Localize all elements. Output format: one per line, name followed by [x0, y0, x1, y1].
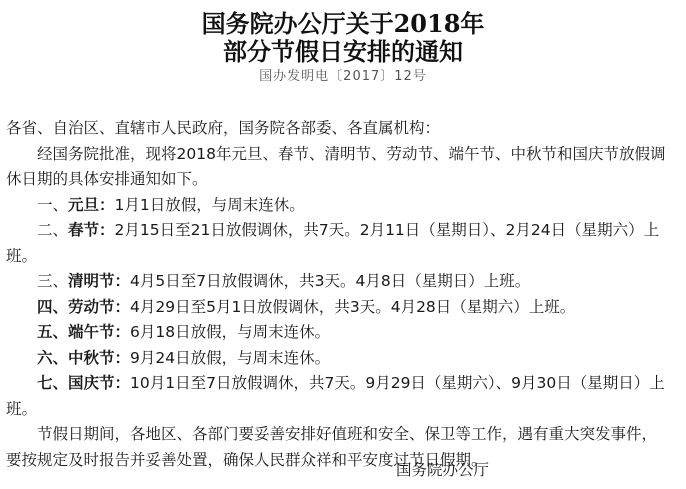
holiday-item-spring-festival: 二、春节：2月15日至21日放假调休，共7天。2月11日（星期日）、2月24日（… — [6, 218, 686, 244]
holiday-detail-continuation: 班。 — [6, 397, 686, 423]
holiday-name: 中秋节： — [68, 349, 130, 367]
holiday-detail: 1月1日放假，与周末连休。 — [115, 196, 305, 214]
salutation: 各省、自治区、直辖市人民政府，国务院各部委、各直属机构： — [6, 116, 686, 142]
holiday-item-dragon-boat: 五、端午节：6月18日放假，与周末连休。 — [6, 320, 686, 346]
holiday-item-new-year: 一、元旦：1月1日放假，与周末连休。 — [6, 193, 686, 219]
holiday-detail: 4月5日至7日放假调休，共3天。4月8日（星期日）上班。 — [130, 272, 530, 290]
holiday-detail: 10月1日至7日放假调休，共7天。9月29日（星期六）、9月30日（星期日）上 — [130, 374, 665, 392]
title-line-1: 国务院办公厅关于2018年 — [0, 10, 686, 38]
document-number: 国办发明电〔2017〕12号 — [0, 67, 686, 87]
item-number: 七、 — [37, 374, 68, 392]
document-header: 国务院办公厅关于2018年 部分节假日安排的通知 国办发明电〔2017〕12号 — [0, 10, 686, 87]
holiday-detail: 9月24日放假，与周末连休。 — [130, 349, 330, 367]
item-number: 四、 — [37, 298, 68, 316]
title-line-2: 部分节假日安排的通知 — [0, 38, 686, 66]
item-number: 三、 — [37, 272, 68, 290]
intro-line-2: 休日期的具体安排通知如下。 — [6, 167, 686, 193]
closing-line-1: 节假日期间，各地区、各部门要妥善安排好值班和安全、保卫等工作，遇有重大突发事件， — [6, 422, 686, 448]
intro-line-1: 经国务院批准，现将2018年元旦、春节、清明节、劳动节、端午节、中秋节和国庆节放… — [6, 142, 686, 168]
holiday-name: 春节： — [68, 221, 115, 239]
holiday-detail: 2月15日至21日放假调休，共7天。2月11日（星期日）、2月24日（星期六）上 — [115, 221, 660, 239]
holiday-name: 元旦： — [68, 196, 115, 214]
holiday-name: 国庆节： — [68, 374, 130, 392]
holiday-name: 劳动节： — [68, 298, 130, 316]
holiday-item-labour-day: 四、劳动节：4月29日至5月1日放假调休，共3天。4月28日（星期六）上班。 — [6, 295, 686, 321]
item-number: 六、 — [37, 349, 68, 367]
document-body: 各省、自治区、直辖市人民政府，国务院各部委、各直属机构： 经国务院批准，现将20… — [6, 116, 686, 473]
holiday-item-mid-autumn: 六、中秋节：9月24日放假，与周末连休。 — [6, 346, 686, 372]
item-number: 一、 — [37, 196, 68, 214]
holiday-detail: 4月29日至5月1日放假调休，共3天。4月28日（星期六）上班。 — [130, 298, 575, 316]
holiday-item-national-day: 七、国庆节：10月1日至7日放假调休，共7天。9月29日（星期六）、9月30日（… — [6, 371, 686, 397]
item-number: 二、 — [37, 221, 68, 239]
holiday-item-qingming: 三、清明节：4月5日至7日放假调休，共3天。4月8日（星期日）上班。 — [6, 269, 686, 295]
holiday-detail-continuation: 班。 — [6, 244, 686, 270]
closing-line-2: 要按规定及时报告并妥善处置，确保人民群众祥和平安度过节日假期。 — [6, 448, 686, 474]
item-number: 五、 — [37, 323, 68, 341]
signature: 国务院办公厅 — [396, 458, 489, 483]
holiday-detail: 6月18日放假，与周末连休。 — [130, 323, 330, 341]
holiday-name: 清明节： — [68, 272, 130, 290]
holiday-name: 端午节： — [68, 323, 130, 341]
